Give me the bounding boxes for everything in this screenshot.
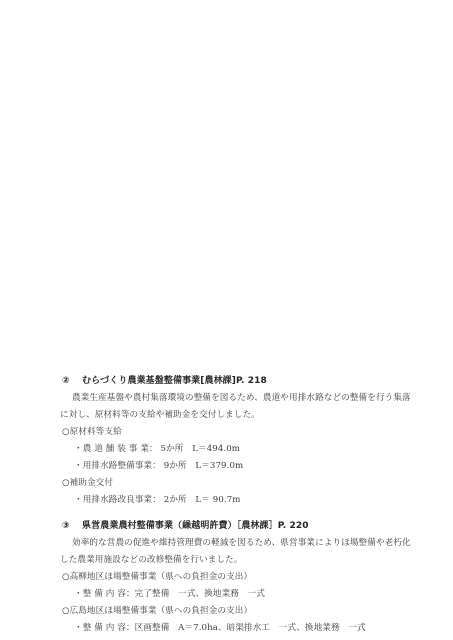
list-item: ・農 道 舗 装 事 業： 5か所 L＝494.0m xyxy=(74,443,240,455)
list-item: ・用排水路改良事業： 2か所 L＝ 90.7m xyxy=(74,494,241,506)
list-heading: ○補助金交付 xyxy=(62,477,113,489)
paragraph: 農業生産基盤や農村集落環境の整備を図るため、農道や用排水路などの整備を行う集落 xyxy=(72,392,411,404)
document-page: ② むらづくり農業基盤整備事業[農林課]P. 218 農業生産基盤や農村集落環境… xyxy=(0,0,453,640)
paragraph: した農業用施設などの改修整備を行いました。 xyxy=(60,554,243,566)
list-heading: ○原材料等支給 xyxy=(62,426,122,438)
list-heading: ○広島地区ほ場整備事業（県への負担金の支出） xyxy=(62,605,252,617)
list-item: ・整 備 内 容：完了整備 一式、換地業務 一式 xyxy=(74,588,265,600)
paragraph: に対し、原材料等の支給や補助金を交付しました。 xyxy=(60,409,260,421)
section-heading-3: ③ 県営農業農村整備事業（繰越明許費）［農林課］P. 220 xyxy=(62,520,309,532)
paragraph: 効率的な営農の促進や維持管理費の軽減を図るため、県営事業によりほ場整備や老朽化 xyxy=(72,537,411,549)
list-item: ・用排水路整備事業： 9か所 L＝379.0m xyxy=(74,460,243,472)
list-heading: ○高柳地区ほ場整備事業（県への負担金の支出） xyxy=(62,571,252,583)
list-item: ・整 備 内 容：区画整備 A＝7.0ha、暗渠排水工 一式、換地業務 一式 xyxy=(74,622,366,634)
section-heading-2: ② むらづくり農業基盤整備事業[農林課]P. 218 xyxy=(62,375,267,387)
